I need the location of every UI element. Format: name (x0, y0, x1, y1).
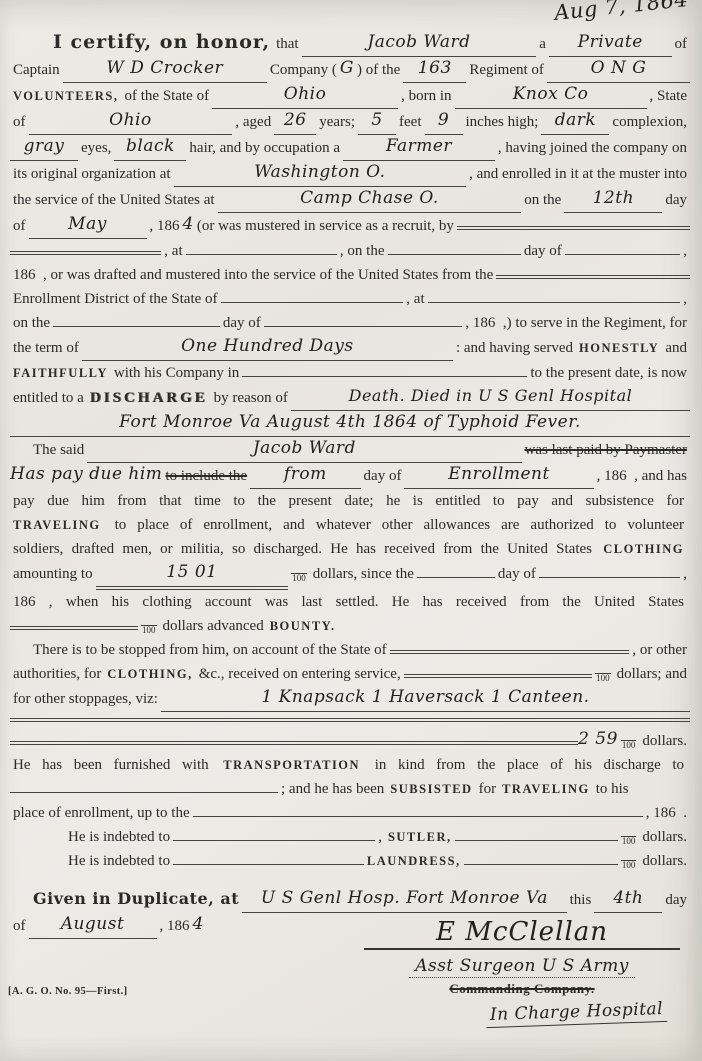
label-present-date: to the present date, is now (527, 361, 690, 385)
blank-enrollment: Enrollment (404, 463, 593, 489)
label-advanced: dollars advanced (160, 614, 267, 638)
hw-org-place: Washington O. (254, 162, 385, 182)
blank-regiment-name: O N G (547, 57, 690, 83)
blank-recruit-month (565, 254, 680, 255)
label-186-and-has: , 186 , and has (594, 464, 690, 488)
hw-enrollment: Enrollment (448, 464, 550, 484)
label-given-186: , 186 (157, 914, 193, 938)
line-pay-due: Has pay due him to include the from day … (10, 463, 690, 489)
label-discharge: DISCHARGE (87, 386, 211, 410)
blank-muster-place: Camp Chase O. (218, 187, 522, 213)
blank-term: One Hundred Days (82, 335, 453, 361)
line-transportation: He has been furnished with TRANSPORTATIO… (10, 753, 690, 777)
text-pay-body3: soldiers, drafted men, or militia, so di… (13, 541, 592, 557)
hw-given-year: 4 (193, 912, 204, 936)
label-joined: , having joined the company on (495, 136, 690, 160)
hundred-denominator-entering: 100 (595, 673, 611, 683)
hw-stoppages: 1 Knapsack 1 Haversack 1 Canteen. (261, 687, 589, 707)
blank-draft-day (53, 326, 220, 327)
label-comma2: , (680, 287, 690, 311)
hundred-denominator-bounty: 100 (141, 625, 157, 635)
blank-birth-county: Knox Co (455, 83, 647, 109)
hw-signer-title: Asst Surgeon U S Army (409, 956, 635, 978)
line-organization: its original organization at Washington … (10, 161, 690, 187)
hw-state2: Ohio (109, 110, 152, 130)
hw-from: from (284, 464, 327, 484)
label-enrolled: , and enrolled in it at the muster into (466, 162, 690, 186)
label-term: the term of (10, 336, 82, 360)
blank-sutler-amount (455, 840, 618, 841)
line-up-to: place of enrollment, up to the , 186 . (10, 801, 690, 825)
label-entitled: entitled to a (10, 386, 87, 410)
label-sutler: SUTLER, (385, 825, 455, 849)
label-authorities: authorities, for (10, 662, 104, 686)
line-given: Given in Duplicate, at U S Genl Hosp. Fo… (10, 887, 690, 913)
label-or-other: , or other (629, 638, 690, 662)
label-given: Given in Duplicate, at (30, 887, 242, 911)
line-stopped: There is to be stopped from him, on acco… (10, 638, 690, 662)
blank-from: from (250, 463, 360, 489)
hw-has-pay-due: Has pay due him (10, 462, 162, 486)
label-for: for (476, 777, 500, 801)
hw-complexion: dark (555, 110, 596, 130)
label-traveling: TRAVELING (13, 518, 101, 532)
label-captain: Captain (10, 58, 63, 82)
blank-eyes: gray (10, 135, 78, 161)
label-traveling2: TRAVELING (499, 777, 593, 801)
line-recruit-blanks: , at , on the day of , (10, 239, 690, 263)
hw-hair: black (126, 136, 175, 156)
blank-recruit-place (186, 254, 337, 255)
label-total-dollars: dollars. (639, 729, 690, 753)
text-furnished2: in kind from the place of his discharge … (375, 757, 684, 773)
line-the-said: The said Jacob Ward was last paid by Pay… (10, 437, 690, 463)
blank-laundress-name (173, 864, 364, 865)
label-feet: feet (396, 110, 424, 134)
hw-reason-1: Death. Died in U S Genl Hospital (349, 386, 633, 405)
blank-district (496, 275, 690, 279)
label-clothing2: CLOTHING, (104, 662, 195, 686)
label-recruit-clause: (or was mustered in service as a recruit… (194, 214, 457, 238)
label-day-of-settled: day of (495, 562, 539, 586)
line-captain: Captain W D Crocker Company ( G ) of the… (10, 57, 690, 83)
hw-occupation: Farmer (386, 136, 452, 156)
blank-reason-1: Death. Died in U S Genl Hospital (291, 385, 690, 411)
blank-feet: 5 (358, 109, 396, 135)
blank-recruit-by (457, 226, 690, 230)
label-clothing: CLOTHING (603, 542, 684, 556)
blank-given-month: August (29, 913, 157, 939)
struck-to-include: to include the (162, 464, 250, 488)
line-drafted: 186 , or was drafted and mustered into t… (10, 263, 690, 287)
label-service-at: the service of the United States at (10, 188, 218, 212)
label-at: , at (161, 239, 185, 263)
label-a: a (536, 32, 549, 56)
blank-complexion: dark (541, 109, 609, 135)
label-dollars-and: dollars; and (614, 662, 690, 686)
hw-given-place: U S Genl Hosp. Fort Monroe Va (261, 888, 548, 908)
label-day-of: day of (521, 239, 565, 263)
label-company-open: Company ( (267, 58, 340, 82)
line-bounty: 100 dollars advanced BOUNTY. (10, 614, 690, 638)
hw-muster-day: 12th (593, 188, 634, 208)
hundred-denominator-laundress: 100 (621, 860, 637, 870)
label-volunteers: VOLUNTEERS, (10, 84, 122, 108)
discharge-certificate-page: Aug 7, 1864 I certify, on honor, that Ja… (0, 0, 702, 1061)
signature-block: E McClellan Asst Surgeon U S Army Comman… (352, 918, 692, 1026)
hw-muster-year: 4 (183, 212, 194, 236)
struck-commanding-company: Commanding Company. (352, 981, 692, 997)
blank-stopped-state (390, 650, 630, 654)
blank-rule-full (10, 718, 690, 722)
blank-inches: 9 (425, 109, 463, 135)
hw-reason-2: Fort Monroe Va August 4th 1864 of Typhoi… (119, 412, 581, 432)
line-laundress: He is indebted to LAUNDRESS, 100 dollars… (10, 849, 690, 873)
blank-state2: Ohio (29, 109, 233, 135)
label-indebted1: He is indebted to (65, 825, 173, 849)
label-laundress: LAUNDRESS, (364, 849, 464, 873)
label-186-period: , 186 . (643, 801, 690, 825)
line-eyes-hair: gray eyes, black hair, and by occupation… (10, 135, 690, 161)
label-at2: , at (403, 287, 427, 311)
hw-rank: Private (578, 32, 643, 52)
hw-in-charge-hospital: In Charge Hospital (486, 999, 668, 1028)
blank-age: 26 (274, 109, 316, 135)
hundred-denominator-sutler: 100 (621, 836, 637, 846)
label-on-the2: , on the (337, 239, 388, 263)
blank-reason-2: Fort Monroe Va August 4th 1864 of Typhoi… (10, 411, 690, 437)
line-rule-full (10, 718, 690, 722)
struck-paymaster: was last paid by Paymaster (522, 438, 690, 462)
line-certify: I certify, on honor, that Jacob Ward a P… (10, 30, 690, 57)
label-state-of: of the State of (122, 84, 213, 108)
line-settled: 186 , when his clothing account was last… (10, 590, 690, 614)
blank-rank: Private (549, 31, 672, 57)
label-comma-settled: , (680, 562, 690, 586)
label-day-word: day (662, 888, 690, 912)
blank-occupation: Farmer (343, 135, 495, 161)
label-day-of-pay: day of (361, 464, 405, 488)
label-subsisted: SUBSISTED (387, 777, 475, 801)
blank-discharge-destination (10, 792, 278, 793)
blank-clothing-amount: 15 01 (96, 561, 289, 590)
label-serve-clause: , 186 ,) to serve in the Regiment, for (462, 311, 690, 335)
label-years: years; (316, 110, 358, 134)
text-settled: 186 , when his clothing account was last… (13, 594, 684, 610)
blank-draft-month (264, 326, 463, 327)
blank-said-name: Jacob Ward (87, 437, 521, 463)
label-faithfully: FAITHFULLY (10, 361, 111, 385)
blank-total-rule (10, 741, 578, 745)
label-since-the: dollars, since the (310, 562, 417, 586)
hw-regiment-name: O N G (591, 58, 647, 78)
certify-opening: I certify, on honor, (50, 30, 273, 54)
label-orig-org: its original organization at (10, 162, 174, 186)
text-furnished: He has been furnished with (13, 757, 209, 773)
blank-muster-day: 12th (564, 187, 662, 213)
form-body: I certify, on honor, that Jacob Ward a P… (0, 0, 702, 939)
hw-given-month: August (61, 914, 125, 934)
line-discharge-reason-2: Fort Monroe Va August 4th 1864 of Typhoi… (10, 411, 690, 437)
label-aged: , aged (232, 110, 274, 134)
blank-captain-name: W D Crocker (63, 57, 267, 83)
label-inches-high: inches high; (463, 110, 542, 134)
line-sutler: He is indebted to , SUTLER, 100 dollars. (10, 825, 690, 849)
label-eyes: eyes, (78, 136, 114, 160)
label-day-of2: day of (220, 311, 264, 335)
hw-soldier-name: Jacob Ward (367, 32, 470, 52)
label-company-in: with his Company in (111, 361, 242, 385)
hw-regiment-number: 163 (418, 58, 452, 78)
label-drafted: 186 , or was drafted and mustered into t… (10, 263, 496, 287)
label-this: this (567, 888, 595, 912)
blank-bounty-amount (10, 626, 138, 630)
hw-eyes: gray (24, 136, 65, 156)
line-description: of Ohio , aged 26 years; 5 feet 9 inches… (10, 109, 690, 135)
blank-company-in (242, 376, 527, 377)
blank-recruit-day (388, 254, 521, 255)
hundred-denominator-clothing: 100 (291, 573, 307, 583)
hw-company-letter: G (340, 56, 354, 80)
label-bounty: BOUNTY. (267, 614, 339, 638)
form-reference-number: [A. G. O. No. 95—First.] (8, 986, 128, 997)
label-state-suffix: , State (647, 84, 691, 108)
label-of: of (672, 32, 691, 56)
line-faithfully: FAITHFULLY with his Company in to the pr… (10, 361, 690, 385)
label-and: and (662, 336, 690, 360)
hw-birth-county: Knox Co (513, 84, 589, 104)
blank-soldier-name: Jacob Ward (302, 31, 537, 57)
hw-feet: 5 (371, 110, 382, 130)
hw-state: Ohio (284, 84, 327, 104)
blank-up-to-date (193, 816, 643, 817)
blank-hair: black (114, 135, 186, 161)
label-indebted2: He is indebted to (65, 849, 173, 873)
hw-muster-month: May (68, 214, 107, 234)
blank-settled-month (539, 577, 680, 578)
line-discharge-reason: entitled to a DISCHARGE by reason of Dea… (10, 385, 690, 411)
label-company-close: ) of the (354, 58, 403, 82)
label-entering: &c., received on entering service, (196, 662, 404, 686)
label-given-of: of (10, 914, 29, 938)
label-laundress-dollars: dollars. (639, 849, 690, 873)
label-on-the3: on the (10, 311, 53, 335)
label-amounting-to: amounting to (10, 562, 96, 586)
label-hair: hair, and by occupation a (186, 136, 343, 160)
blank-entering-amount (404, 674, 592, 678)
label-the-said: The said (30, 438, 87, 462)
hw-age: 26 (284, 110, 307, 130)
blank-settled-day (417, 577, 495, 578)
line-enrollment-district: Enrollment District of the State of , at… (10, 287, 690, 311)
line-volunteers: VOLUNTEERS, of the State of Ohio , born … (10, 83, 690, 109)
line-stoppages: for other stoppages, viz: 1 Knapsack 1 H… (10, 686, 690, 712)
hw-said-name: Jacob Ward (253, 438, 356, 458)
label-place-up-to: place of enrollment, up to the (10, 801, 193, 825)
blank-stoppages: 1 Knapsack 1 Haversack 1 Canteen. (161, 686, 690, 712)
hw-term: One Hundred Days (181, 336, 354, 356)
blank-district-state (221, 302, 404, 303)
label-of3: of (10, 214, 29, 238)
label-stopped: There is to be stopped from him, on acco… (30, 638, 390, 662)
label-complexion: complexion, (609, 110, 690, 134)
label-by-reason: by reason of (211, 386, 291, 410)
label-186a: , 186 (147, 214, 183, 238)
blank-given-day: 4th (594, 887, 662, 913)
hw-captain-name: W D Crocker (106, 58, 223, 78)
label-on-the: on the (521, 188, 564, 212)
label-of2: of (10, 110, 29, 134)
line-pay-body2: TRAVELING to place of enrollment, and wh… (10, 513, 690, 537)
blank-state: Ohio (212, 83, 398, 109)
label-day: day (662, 188, 690, 212)
label-transportation: TRANSPORTATION (223, 758, 360, 772)
line-serve-clause: on the day of , 186 ,) to serve in the R… (10, 311, 690, 335)
blank-sutler-name (173, 840, 375, 841)
label-stoppages: for other stoppages, viz: (10, 687, 161, 711)
blank-district-place (428, 302, 681, 303)
line-term: the term of One Hundred Days : and havin… (10, 335, 690, 361)
label-sutler-comma: , (375, 825, 385, 849)
line-total: 2 59 100 dollars. (10, 728, 690, 753)
label-that: that (273, 32, 302, 56)
text-pay-body2: to place of enrollment, and whatever oth… (115, 517, 684, 533)
blank-given-place: U S Genl Hosp. Fort Monroe Va (242, 887, 567, 913)
blank-muster-month: May (29, 213, 147, 239)
label-sutler-dollars: dollars. (639, 825, 690, 849)
line-pay-body1: pay due him from that time to the presen… (10, 489, 690, 513)
label-to-his: to his (593, 777, 632, 801)
label-comma: , (680, 239, 690, 263)
label-born-in: , born in (398, 84, 454, 108)
line-authorities: authorities, for CLOTHING, &c., received… (10, 662, 690, 686)
blank-regiment-number: 163 (403, 57, 466, 83)
text-pay-body1: pay due him from that time to the presen… (13, 493, 684, 509)
label-honestly: HONESTLY (576, 336, 662, 360)
label-regiment-of: Regiment of (466, 58, 547, 82)
hundred-denominator-total: 100 (621, 740, 637, 750)
hw-given-day: 4th (613, 888, 643, 908)
signature: E McClellan (364, 917, 680, 950)
line-muster-place: the service of the United States at Camp… (10, 187, 690, 213)
hw-muster-place: Camp Chase O. (300, 188, 439, 208)
hw-clothing-amount: 15 01 (166, 562, 217, 582)
line-subsisted: ; and he has been SUBSISTED for TRAVELIN… (10, 777, 690, 801)
hw-inches: 9 (438, 110, 449, 130)
blank-recruit-officer (10, 251, 161, 255)
line-muster-month: of May , 186 4 (or was mustered in servi… (10, 213, 690, 239)
line-pay-body3: soldiers, drafted men, or militia, so di… (10, 537, 690, 561)
hw-total-amount: 2 59 (578, 727, 618, 751)
label-enroll-district: Enrollment District of the State of (10, 287, 221, 311)
label-served: : and having served (453, 336, 576, 360)
blank-org-place: Washington O. (174, 161, 467, 187)
label-subsisted-pre: ; and he has been (278, 777, 387, 801)
blank-laundress-amount (464, 864, 618, 865)
line-clothing-amount: amounting to 15 01 100 dollars, since th… (10, 561, 690, 590)
